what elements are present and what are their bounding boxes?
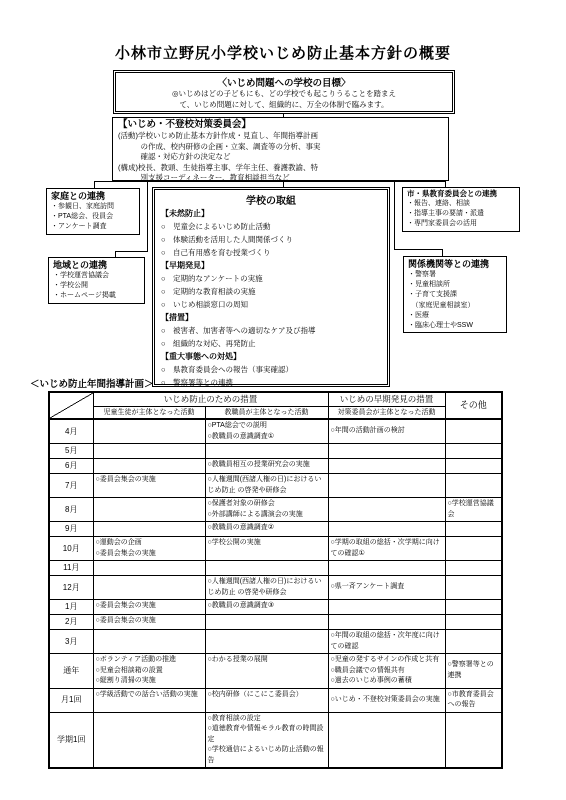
teachers-cell: ○教職員の意識調査③ [205,600,328,615]
header-other: その他 [445,392,502,419]
committee-cell [328,561,445,576]
family-box-list: ・参観日、家庭訪問・PTA総会、役員会・アンケート調査 [51,202,135,232]
committee-cell [328,444,445,459]
committee-cell [328,522,445,537]
committee-cell [328,498,445,522]
goal-box: 〈いじめ問題への学校の目標〉 ◎いじめはどの子どもにも、どの学校でも起こりうるこ… [113,70,455,114]
period-cell: 1月 [49,600,93,615]
section-item: ○ 定期的な教育相談の実施 [161,285,381,298]
section-item: ○ 組織的な対応、再発防止 [161,337,381,350]
period-cell: 通年 [49,654,93,689]
list-item: ・PTA総会、役員会 [51,212,135,222]
goal-box-title: 〈いじめ問題への学校の目標〉 [120,75,448,89]
teachers-cell: ○教職員相互の授業研究会の実施 [205,459,328,474]
students-cell [93,576,205,600]
table-row: 10月○運動会の企画 ○委員会集会の実施○学校公開の実施○学期の取組の総括・次学… [49,537,502,561]
section-item: ○ 定期的なアンケートの実施 [161,272,381,285]
board-box-list: ・報告、連絡、相談・指導主事の要請・派遣・専門家委員会の活用 [407,199,515,229]
page-title: 小林市立野尻小学校いじめ防止基本方針の概要 [0,42,566,63]
other-cell [445,600,502,615]
education-board-box: 市・県教育委員会との連携 ・報告、連絡、相談・指導主事の要請・派遣・専門家委員会… [402,187,520,232]
table-row: 月1回○学級活動での話合い活動の実施○校内研修（にこにこ委員会）○いじめ・不登校… [49,688,502,712]
students-cell: ○委員会集会の実施 [93,615,205,630]
period-cell: 9月 [49,522,93,537]
other-cell [445,459,502,474]
teachers-cell: ○校内研修（にこにこ委員会） [205,688,328,712]
community-box-list: ・学校運営協議会・学校公開・ホームページ掲載 [53,271,140,301]
section-heading: 【未然防止】 [161,207,381,220]
section-item: ○ 自己有用感を育む授業づくり [161,246,381,259]
list-item: ・アンケート調査 [51,222,135,232]
list-item: ・ホームページ掲載 [53,291,140,301]
teachers-cell [205,615,328,630]
committee-cell [328,474,445,498]
teachers-cell: ○人権週間(西諸人権の日)におけるいじめ防止 の啓発や研修会 [205,474,328,498]
period-cell: 4月 [49,419,93,444]
other-cell [445,615,502,630]
annual-plan-table-header: いじめ防止のための措置 いじめの早期発見の措置 その他 児童生徒が主体となった活… [49,392,502,419]
period-cell: 12月 [49,576,93,600]
agencies-box-list: ・警察署・児童相談所・子育て支援課 （家庭児童相談室）・医療・臨床心理士やSSW [408,270,502,331]
family-box-title: 家庭との連携 [51,190,135,202]
committee-cell: ○学期の取組の総括・次学期に向けての確認① [328,537,445,561]
family-cooperation-box: 家庭との連携 ・参観日、家庭訪問・PTA総会、役員会・アンケート調査 [46,188,140,235]
related-agencies-box: 関係機関等との連携 ・警察署・児童相談所・子育て支援課 （家庭児童相談室）・医療… [403,256,507,333]
section-heading: 【措置】 [161,311,381,324]
list-item: ・児童相談所 [408,280,502,290]
committee-box-title: 【いじめ・不登校対策委員会】 [118,119,443,131]
committee-cell [328,615,445,630]
committee-cell: ○年間の取組の総括・次年度に向けての確認 [328,630,445,654]
school-initiatives-box: 学校の取組 【未然防止】○ 児童会によるいじめ防止活動○ 体験活動を活用した人間… [152,187,390,387]
students-cell [93,419,205,444]
school-sections: 【未然防止】○ 児童会によるいじめ防止活動○ 体験活動を活用した人間関係づくり○… [161,207,381,389]
other-cell [445,630,502,654]
period-cell: 7月 [49,474,93,498]
header-corner-diagonal [49,392,93,419]
period-cell: 8月 [49,498,93,522]
header-students-activity: 児童生徒が主体となった活動 [93,407,205,420]
committee-cell: ○県一斉アンケート調査 [328,576,445,600]
students-cell [93,444,205,459]
list-item: ・学校運営協議会 [53,271,140,281]
section-heading: 【重大事態への対処】 [161,350,381,363]
committee-cell: ○いじめ・不登校対策委員会の実施 [328,688,445,712]
teachers-cell [205,630,328,654]
schedule-table-caption: ＜いじめ防止年間指導計画＞ [30,376,154,390]
header-early-detection: いじめの早期発見の措置 [328,392,445,407]
section-item: ○ 児童会によるいじめ防止活動 [161,220,381,233]
connector-line [394,181,395,250]
list-item: （家庭児童相談室） [408,301,502,311]
students-cell [93,630,205,654]
agencies-box-title: 関係機関等との連携 [408,258,502,270]
committee-cell [328,600,445,615]
table-row: 6月○教職員相互の授業研究会の実施 [49,459,502,474]
teachers-cell [205,561,328,576]
committee-cell: ○児童の発するサインの作成と共有 ○職員会議での情報共有 ○過去のいじめ事例の蓄… [328,654,445,689]
document-page: 小林市立野尻小学校いじめ防止基本方針の概要 〈いじめ問題への学校の目標〉 ◎いじ… [0,0,566,800]
period-cell: 6月 [49,459,93,474]
table-row: 4月○PTA総会での説明 ○教職員の意識調査①○年間の活動計画の検討 [49,419,502,444]
table-row: 8月○保護者対象の研修会 ○外部講師による講演会の実施○学校運営協議会 [49,498,502,522]
section-item: ○ 県教育委員会への報告（事実確認） [161,363,381,376]
list-item: ・報告、連絡、相談 [407,199,515,209]
list-item: ・参観日、家庭訪問 [51,202,135,212]
section-heading: 【早期発見】 [161,259,381,272]
table-row: 2月○委員会集会の実施 [49,615,502,630]
students-cell: ○学級活動での話合い活動の実施 [93,688,205,712]
other-cell [445,522,502,537]
period-cell: 2月 [49,615,93,630]
table-row: 12月○人権週間(西諸人権の日)におけるいじめ防止 の啓発や研修会○県一斉アンケ… [49,576,502,600]
committee-cell: ○年間の活動計画の検討 [328,419,445,444]
period-cell: 5月 [49,444,93,459]
students-cell [93,522,205,537]
other-cell [445,712,502,768]
table-row: 11月 [49,561,502,576]
students-cell [93,561,205,576]
teachers-cell: ○PTA総会での説明 ○教職員の意識調査① [205,419,328,444]
header-teachers-activity: 教職員が主体となった活動 [205,407,328,420]
list-item: ・医療 [408,311,502,321]
committee-cell [328,459,445,474]
header-committee-activity: 対策委員会が主体となった活動 [328,407,445,420]
other-cell [445,537,502,561]
other-cell [445,419,502,444]
committee-cell [328,712,445,768]
table-row: 3月○年間の取組の総括・次年度に向けての確認 [49,630,502,654]
list-item: ・子育て支援課 [408,290,502,300]
annual-plan-table: いじめ防止のための措置 いじめの早期発見の措置 その他 児童生徒が主体となった活… [48,391,503,769]
annual-plan-table-body: 4月○PTA総会での説明 ○教職員の意識調査①○年間の活動計画の検討5月6月○教… [49,419,502,768]
section-item: ○ 警察署等との連携 [161,376,381,389]
teachers-cell: ○保護者対象の研修会 ○外部講師による講演会の実施 [205,498,328,522]
connector-line [115,251,148,252]
board-box-title: 市・県教育委員会との連携 [407,189,515,199]
table-row: 9月○教職員の意識調査② [49,522,502,537]
period-cell: 3月 [49,630,93,654]
period-cell: 10月 [49,537,93,561]
students-cell: ○委員会集会の実施 [93,600,205,615]
section-item: ○ いじめ相談窓口の周知 [161,298,381,311]
other-cell: ○学校運営協議会 [445,498,502,522]
list-item: ・指導主事の要請・派遣 [407,209,515,219]
other-cell [445,561,502,576]
other-cell: ○市教育委員会への報告 [445,688,502,712]
list-item: ・臨床心理士やSSW [408,321,502,331]
other-cell [445,474,502,498]
goal-box-body: ◎いじめはどの子どもにも、どの学校でも起こりうることを踏まえ て、いじめ問題に対… [120,89,448,111]
table-row: 通年○ボランティア活動の推進 ○児童会相談箱の設置 ○縦割り清掃の実施○わかる授… [49,654,502,689]
other-cell [445,576,502,600]
teachers-cell: ○教育相談の設定 ○道徳教育や情報モラル教育の時間設定 ○学校通信によるいじめ防… [205,712,328,768]
table-row: 学期1回○教育相談の設定 ○道徳教育や情報モラル教育の時間設定 ○学校通信による… [49,712,502,768]
table-row: 5月 [49,444,502,459]
period-cell: 月1回 [49,688,93,712]
community-box-title: 地域との連携 [53,259,140,271]
school-box-title: 学校の取組 [161,192,381,207]
students-cell [93,459,205,474]
teachers-cell: ○学校公開の実施 [205,537,328,561]
section-item: ○ 被害者、加害者等への適切なケア及び指導 [161,324,381,337]
students-cell [93,498,205,522]
students-cell: ○ボランティア活動の推進 ○児童会相談箱の設置 ○縦割り清掃の実施 [93,654,205,689]
header-prevention-group: いじめ防止のための措置 [93,392,328,407]
students-cell: ○委員会集会の実施 [93,474,205,498]
period-cell: 11月 [49,561,93,576]
teachers-cell: ○わかる授業の展開 [205,654,328,689]
section-item: ○ 体験活動を活用した人間関係づくり [161,233,381,246]
students-cell: ○運動会の企画 ○委員会集会の実施 [93,537,205,561]
list-item: ・専門家委員会の活用 [407,219,515,229]
connector-line [394,249,442,250]
list-item: ・警察署 [408,270,502,280]
list-item: ・学校公開 [53,281,140,291]
other-cell [445,444,502,459]
teachers-cell: ○教職員の意識調査② [205,522,328,537]
other-cell: ○警察署等との連携 [445,654,502,689]
table-row: 1月○委員会集会の実施○教職員の意識調査③ [49,600,502,615]
students-cell [93,712,205,768]
connector-line [147,181,148,252]
teachers-cell [205,444,328,459]
community-cooperation-box: 地域との連携 ・学校運営協議会・学校公開・ホームページ掲載 [48,257,145,304]
committee-box-body: (活動)学校いじめ防止基本方針作成・見直し、年間指導計画 の作成、校内研修の企画… [118,131,443,184]
period-cell: 学期1回 [49,712,93,768]
table-row: 7月○委員会集会の実施○人権週間(西諸人権の日)におけるいじめ防止 の啓発や研修… [49,474,502,498]
committee-box: 【いじめ・不登校対策委員会】 (活動)学校いじめ防止基本方針作成・見直し、年間指… [112,117,449,181]
teachers-cell: ○人権週間(西諸人権の日)におけるいじめ防止 の啓発や研修会 [205,576,328,600]
